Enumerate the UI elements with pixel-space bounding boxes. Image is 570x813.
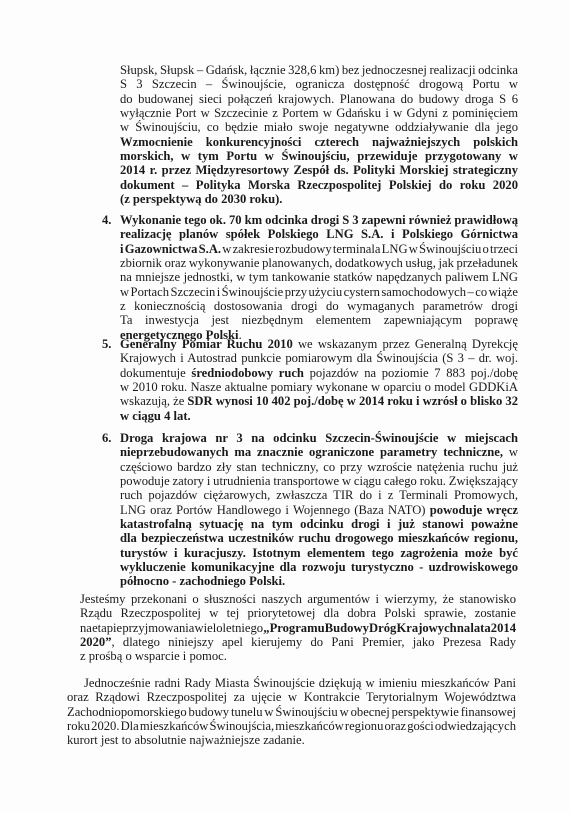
thanks-paragraph: Jednocześnie radni Rady Miasta Świnoujśc… — [67, 676, 516, 748]
bold-text-run: morskich, w tym Portu w Świnoujściu, prz… — [120, 149, 518, 163]
text-run: powoduje zatory i utrudnienia transporto… — [120, 474, 518, 488]
text-run: , dlatego niniejszy apel kierujemy do Pa… — [80, 635, 516, 649]
text-run: Ta inwestycja jest niezbędnym elementem … — [120, 313, 518, 327]
bold-text-run: 2014 r. przez Międzyresortowy Zespół ds.… — [120, 163, 518, 177]
text-line: Zachodniopomorskiego budowy tunelu w Świ… — [67, 705, 516, 719]
text-line: 2014 r. przez Międzyresortowy Zespół ds.… — [120, 163, 518, 177]
bold-text-run: Wzmocnienie konkurencyjności czterech na… — [120, 135, 518, 149]
text-line: wyłącznie Port w Szczecinie z Portem w G… — [120, 106, 518, 120]
text-line: Ta inwestycja jest niezbędnym elementem … — [120, 313, 518, 327]
text-line: oraz Rządowi Rzeczpospolitej za ujęcie w… — [67, 690, 516, 704]
text-run: kurort jest to absolutnie najważniejsze … — [67, 733, 305, 747]
text-line: dokumentuje średniodobowy ruch pojazdów … — [120, 366, 518, 380]
text-line: dla bezpieczeństwa uczestników ruchu dro… — [120, 531, 518, 545]
text-run: w zakresie rozbudowy terminala LNG w Świ… — [221, 242, 518, 256]
text-line: roku 2020. Dla mieszkańców Świnoujścia, … — [67, 719, 516, 733]
document-page: Słupsk, Słupsk – Gdańsk, łącznie 328,6 k… — [0, 0, 570, 813]
item-number: 6. — [102, 431, 111, 445]
text-line: Wykonanie tego ok. 70 km odcinka drogi S… — [120, 213, 518, 227]
text-line: S 3 Szczecin – Świnoujście, ogranicza do… — [120, 77, 518, 91]
text-run: w 2010 roku. Nasze aktualne pomiary wyko… — [120, 380, 518, 394]
text-run: zbiornik oraz wykonywanie planowanych, d… — [120, 256, 518, 270]
text-line: do budowanej sieci połączeń krajowych. P… — [120, 92, 518, 106]
text-run: Słupsk, Słupsk – Gdańsk, łącznie 328,6 k… — [120, 63, 518, 77]
text-line: realizację planów spółek Polskiego LNG S… — [120, 227, 518, 241]
text-run: do budowanej sieci połączeń krajowych. P… — [120, 92, 518, 106]
text-line: z koniecznością dostosowania drogi do wy… — [120, 299, 518, 313]
text-run: Jesteśmy przekonani o słuszności naszych… — [80, 592, 516, 606]
appeal-paragraph: Jesteśmy przekonani o słuszności naszych… — [80, 592, 516, 664]
bold-text-run: realizację planów spółek Polskiego LNG S… — [120, 227, 518, 241]
text-line: (z perspektywą do 2030 roku). — [120, 192, 518, 206]
text-run: z koniecznością dostosowania drogi do wy… — [120, 299, 518, 313]
text-run: Rządu Rzeczpospolitej w tej priorytetowe… — [80, 606, 516, 620]
text-line: z prośbą o wsparcie i pomoc. — [80, 649, 516, 663]
bold-text-run: katastrofalną sytuację na tym odcinku dr… — [120, 517, 518, 531]
text-line: Krajowych i Autostrad punkcie pomiarowym… — [120, 351, 518, 365]
text-run: S 3 Szczecin – Świnoujście, ogranicza do… — [120, 77, 518, 91]
text-run: na etapie przyjmowania wieloletniego — [80, 621, 263, 635]
bold-text-run: powoduje wręcz — [430, 503, 518, 517]
bold-text-run: Generalny Pomiar Ruchu 2010 — [120, 337, 293, 351]
bold-text-run: turystów i kuracjuszy. Istotnym elemente… — [120, 546, 518, 560]
bold-text-run: w ciągu 4 lat. — [120, 409, 191, 423]
bold-text-run: 2020” — [80, 635, 111, 649]
text-run: w Portach Szczecin i Świnoujście przy uż… — [120, 285, 518, 299]
bold-text-run: nieprzebudowanych ma znacznie ograniczon… — [120, 445, 503, 459]
continuation-paragraph: Słupsk, Słupsk – Gdańsk, łącznie 328,6 k… — [120, 63, 518, 206]
text-line: częściowo bardzo zły stan techniczny, co… — [120, 460, 518, 474]
bold-text-run: wykluczenie komunikacyjne dla rozwoju tu… — [120, 560, 518, 574]
text-line: powoduje zatory i utrudnienia transporto… — [120, 474, 518, 488]
text-line: w ciągu 4 lat. — [120, 409, 518, 423]
text-line: morskich, w tym Portu w Świnoujściu, prz… — [120, 149, 518, 163]
text-line: turystów i kuracjuszy. Istotnym elemente… — [120, 546, 518, 560]
text-run: Jednocześnie radni Rady Miasta Świnoujśc… — [84, 676, 516, 690]
text-line: i Gazownictwa S.A. w zakresie rozbudowy … — [120, 242, 518, 256]
list-item-lng-terminal: Wykonanie tego ok. 70 km odcinka drogi S… — [120, 213, 518, 342]
text-line: zbiornik oraz wykonywanie planowanych, d… — [120, 256, 518, 270]
text-run: wskazują, że — [120, 394, 187, 408]
text-line: Generalny Pomiar Ruchu 2010 we wskazanym… — [120, 337, 518, 351]
bold-text-run: dla bezpieczeństwa uczestników ruchu dro… — [120, 531, 518, 545]
text-line: na etapie przyjmowania wieloletniego „Pr… — [80, 621, 516, 635]
text-run: Zachodniopomorskiego budowy tunelu w Świ… — [67, 705, 516, 719]
text-run: z prośbą o wsparcie i pomoc. — [80, 649, 227, 663]
text-run: dokumentuje — [120, 366, 191, 380]
text-run: roku 2020. Dla mieszkańców Świnoujścia, … — [67, 719, 516, 733]
text-run: LNG oraz Portów Handlowego i Wojennego (… — [120, 503, 430, 517]
text-line: w Świnoujściu, co będzie miało swoje neg… — [120, 120, 518, 134]
text-line: na mniejsze jednostki, w tym tankowanie … — [120, 270, 518, 284]
text-line: LNG oraz Portów Handlowego i Wojennego (… — [120, 503, 518, 517]
text-line: nieprzebudowanych ma znacznie ograniczon… — [120, 445, 518, 459]
item-number: 5. — [102, 337, 111, 351]
text-run: oraz Rządowi Rzeczpospolitej za ujęcie w… — [67, 690, 516, 704]
list-item-road-condition: Droga krajowa nr 3 na odcinku Szczecin-Ś… — [120, 431, 518, 589]
text-run: częściowo bardzo zły stan techniczny, co… — [120, 460, 518, 474]
bold-text-run: Droga krajowa nr 3 na odcinku Szczecin-Ś… — [120, 431, 518, 445]
bold-text-run: i Gazownictwa S.A. — [120, 242, 221, 256]
bold-text-run: Wykonanie tego ok. 70 km odcinka drogi S… — [120, 213, 518, 227]
text-run: na mniejsze jednostki, w tym tankowanie … — [120, 270, 518, 284]
bold-text-run: (z perspektywą do 2030 roku). — [120, 192, 282, 206]
text-line: Słupsk, Słupsk – Gdańsk, łącznie 328,6 k… — [120, 63, 518, 77]
text-line: Jesteśmy przekonani o słuszności naszych… — [80, 592, 516, 606]
text-line: wykluczenie komunikacyjne dla rozwoju tu… — [120, 560, 518, 574]
item-number: 4. — [102, 213, 111, 227]
text-line: Jednocześnie radni Rady Miasta Świnoujśc… — [67, 676, 516, 690]
text-line: w Portach Szczecin i Świnoujście przy uż… — [120, 285, 518, 299]
bold-text-run: średniodobowy ruch — [191, 366, 304, 380]
text-line: kurort jest to absolutnie najważniejsze … — [67, 733, 516, 747]
text-line: dokument – Polityka Morska Rzeczpospolit… — [120, 178, 518, 192]
bold-text-run: dokument – Polityka Morska Rzeczpospolit… — [120, 178, 518, 192]
text-run: w Świnoujściu, co będzie miało swoje neg… — [120, 120, 518, 134]
text-run: wyłącznie Port w Szczecinie z Portem w G… — [120, 106, 518, 120]
text-line: Droga krajowa nr 3 na odcinku Szczecin-Ś… — [120, 431, 518, 445]
text-line: katastrofalną sytuację na tym odcinku dr… — [120, 517, 518, 531]
list-item-traffic-measurement: Generalny Pomiar Ruchu 2010 we wskazanym… — [120, 337, 518, 423]
text-run: Krajowych i Autostrad punkcie pomiarowym… — [120, 351, 518, 365]
bold-text-run: północno - zachodniego Polski. — [120, 574, 285, 588]
text-line: wskazują, że SDR wynosi 10 402 poj./dobę… — [120, 394, 518, 408]
text-line: północno - zachodniego Polski. — [120, 574, 518, 588]
text-line: ruch pojazdów ciężarowych, zwłaszcza TIR… — [120, 488, 518, 502]
text-line: Wzmocnienie konkurencyjności czterech na… — [120, 135, 518, 149]
text-line: w 2010 roku. Nasze aktualne pomiary wyko… — [120, 380, 518, 394]
text-line: Rządu Rzeczpospolitej w tej priorytetowe… — [80, 606, 516, 620]
text-run: pojazdów na poziomie 7 883 poj./dobę — [304, 366, 518, 380]
text-line: 2020”, dlatego niniejszy apel kierujemy … — [80, 635, 516, 649]
text-run: ruch pojazdów ciężarowych, zwłaszcza TIR… — [120, 488, 518, 502]
